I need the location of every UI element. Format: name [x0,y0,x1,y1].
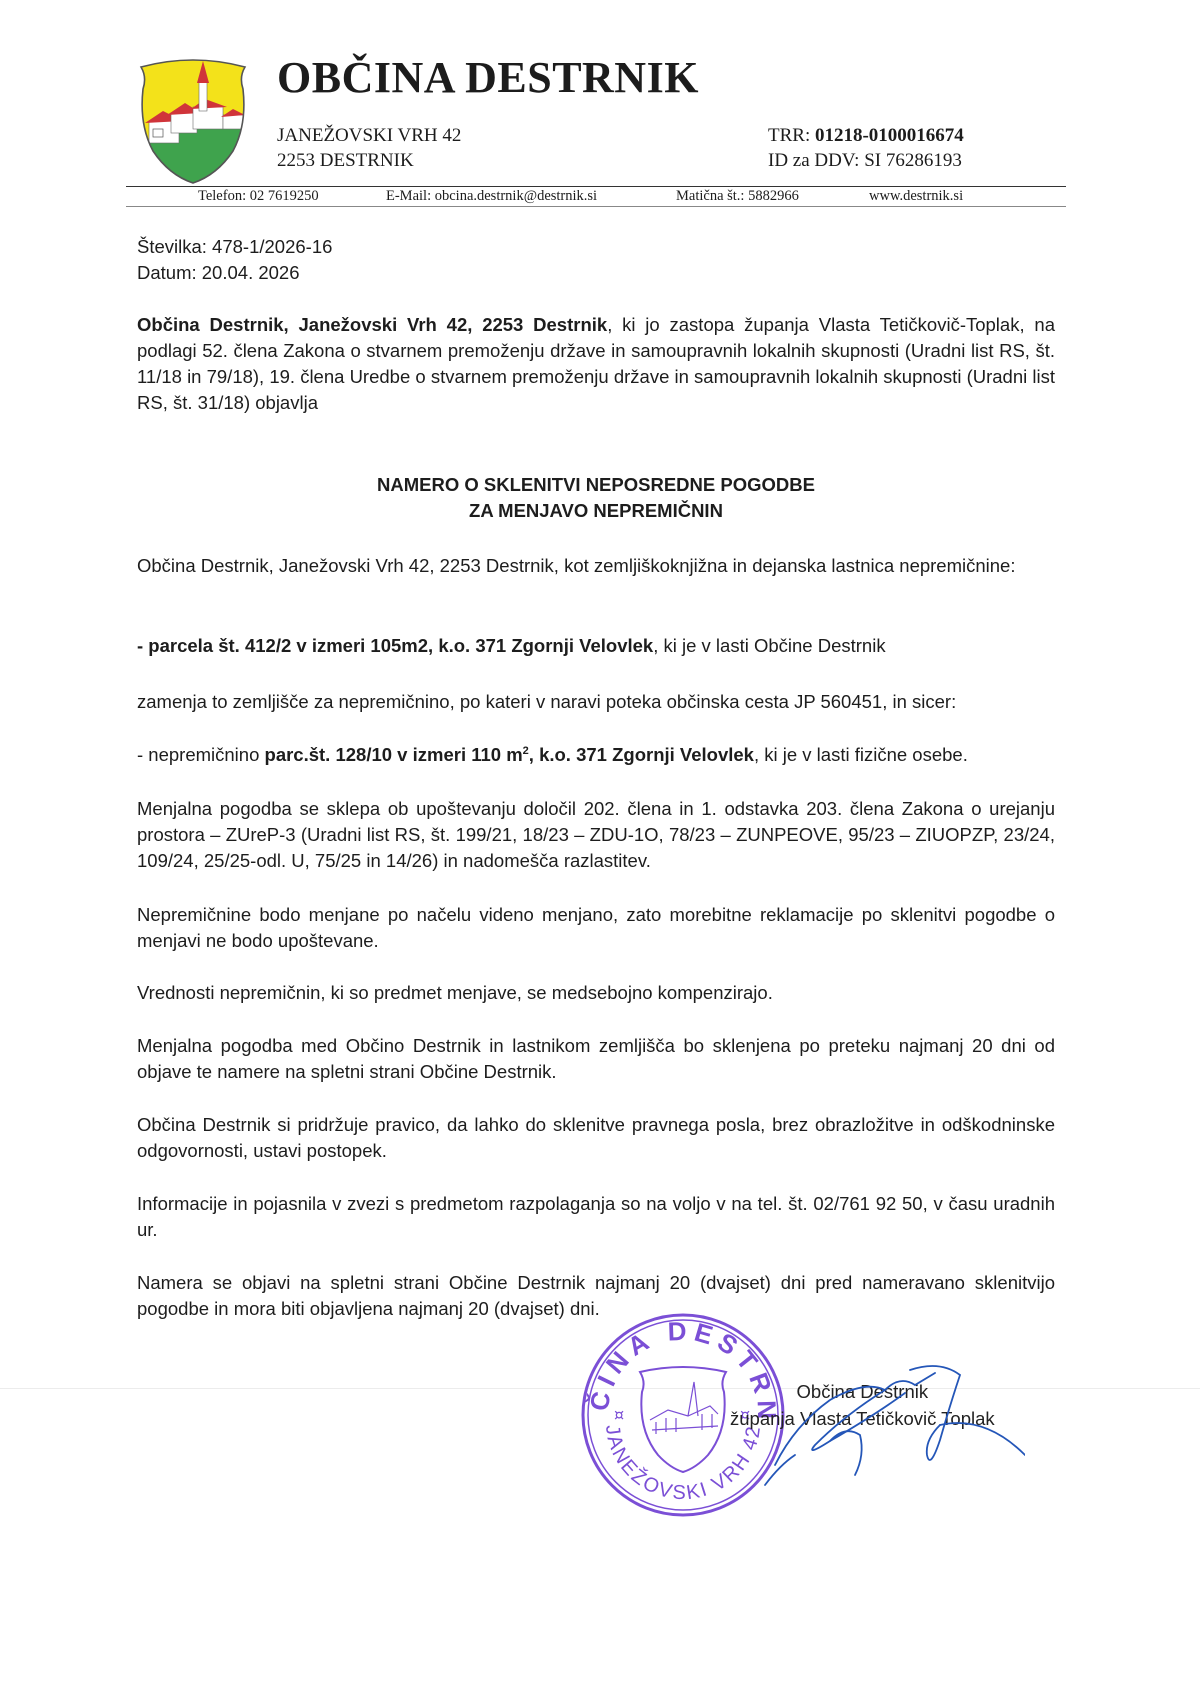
paragraph-compensation: Vrednosti nepremičnin, ki so predmet men… [137,980,1055,1006]
reference-block: Številka: 478-1/2026-16 Datum: 20.04. 20… [137,234,1055,286]
header-divider [126,186,1066,187]
paragraph-legal-basis: Menjalna pogodba se sklepa ob upoštevanj… [137,796,1055,874]
paragraph-as-seen: Nepremičnine bodo menjane po načelu vide… [137,902,1055,954]
document-heading: NAMERO O SKLENITVI NEPOSREDNE POGODBE ZA… [137,472,1055,524]
email-link[interactable]: E-Mail: obcina.destrnik@destrnik.si [386,188,597,205]
property-item-2: - nepremičnino parc.št. 128/10 v izmeri … [137,742,1055,768]
coat-of-arms-icon [133,55,253,185]
registration-number: Matična št.: 5882966 [676,188,799,205]
svg-text:JANEŽOVSKI VRH 42: JANEŽOVSKI VRH 42 [601,1423,765,1504]
paragraph-conclusion-timing: Menjalna pogodba med Občino Destrnik in … [137,1033,1055,1085]
signature-org: Občina Destrnik [730,1378,995,1405]
intro-paragraph: Občina Destrnik, Janežovski Vrh 42, 2253… [137,312,1055,416]
signatory-name: županja Vlasta Tetičkovič Toplak [730,1405,995,1432]
owner-paragraph: Občina Destrnik, Janežovski Vrh 42, 2253… [137,553,1055,579]
phone: Telefon: 02 7619250 [198,188,319,205]
svg-text:¤: ¤ [614,1405,624,1424]
address-line-1: JANEŽOVSKI VRH 42 [277,123,461,148]
contacts-divider [126,206,1066,207]
vat-id: ID za DDV: SI 76286193 [768,148,964,173]
municipality-name: OBČINA DESTRNIK [277,52,699,103]
financial-info: TRR: 01218-0100016674 ID za DDV: SI 7628… [768,123,964,173]
document-number: Številka: 478-1/2026-16 [137,234,1055,260]
paragraph-reservation: Občina Destrnik si pridržuje pravico, da… [137,1112,1055,1164]
document-page: OBČINA DESTRNIK JANEŽOVSKI VRH 42 2253 D… [0,0,1200,1696]
trr-line: TRR: 01218-0100016674 [768,123,964,148]
document-date: Datum: 20.04. 2026 [137,260,1055,286]
address-line-2: 2253 DESTRNIK [277,148,461,173]
signature-block: Občina Destrnik županja Vlasta Tetičkovi… [730,1378,995,1432]
property-item-1: - parcela št. 412/2 v izmeri 105m2, k.o.… [137,633,1055,659]
trr-value: 01218-0100016674 [815,125,964,146]
website-link[interactable]: www.destrnik.si [869,188,963,205]
municipality-address: JANEŽOVSKI VRH 42 2253 DESTRNIK [277,123,461,173]
exchange-paragraph: zamenja to zemljišče za nepremičnino, po… [137,689,1055,715]
paragraph-information: Informacije in pojasnila v zvezi s predm… [137,1191,1055,1243]
